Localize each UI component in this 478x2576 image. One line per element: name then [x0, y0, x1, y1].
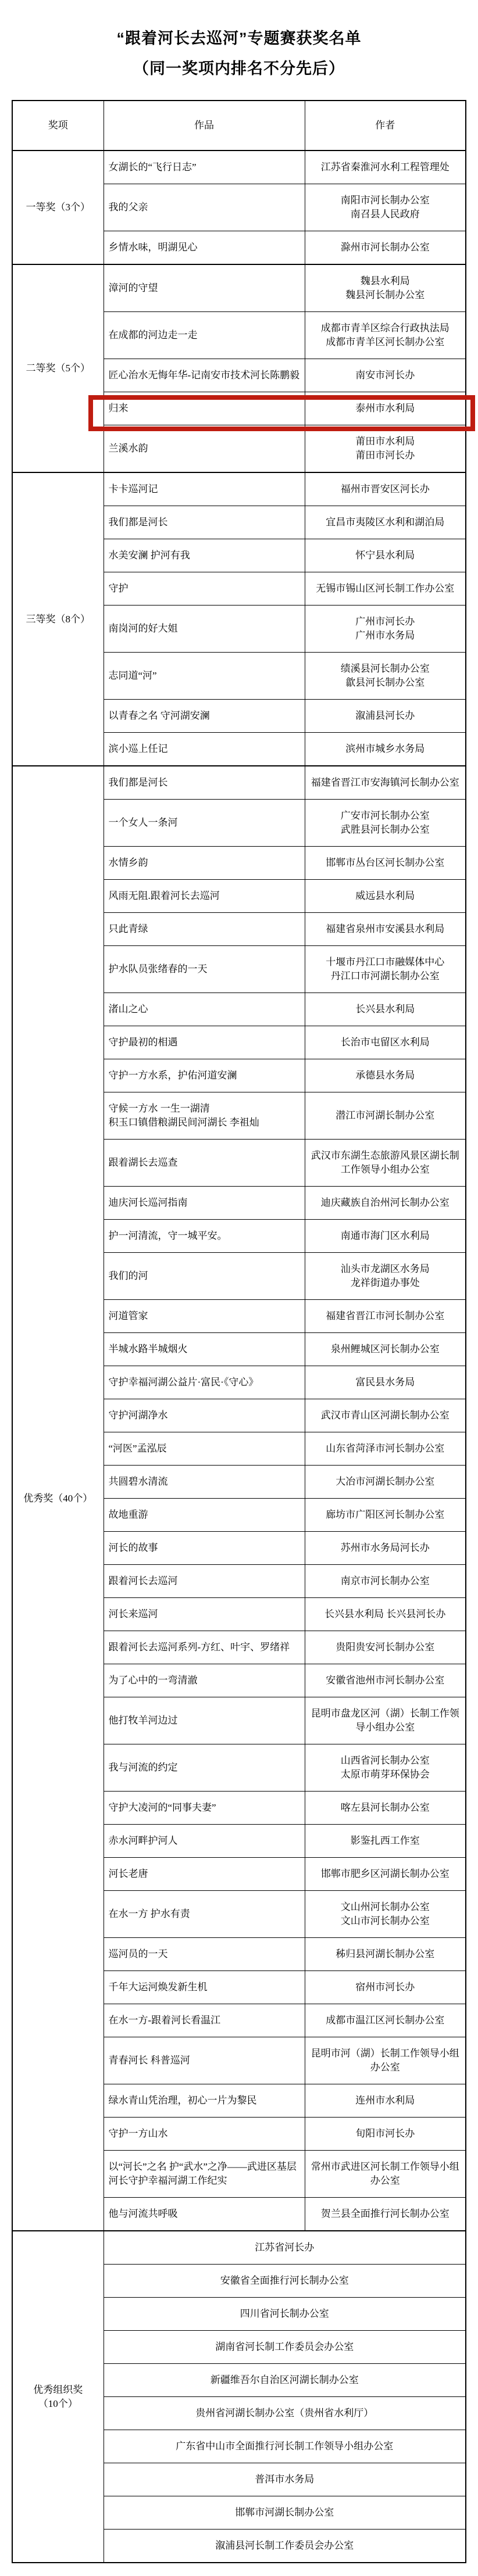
work-cell: 跟着河长去巡河: [104, 1565, 305, 1598]
author-cell: 宜昌市夷陵区水利和湖泊局: [305, 506, 466, 539]
author-cell: 贺兰县全面推行河长制办公室: [305, 2198, 466, 2231]
author-cell: 福建省晋江市河长制办公室: [305, 1300, 466, 1333]
work-cell: 女湖长的“飞行日志”: [104, 151, 305, 184]
work-cell: 在水一方-跟着河长看温江: [104, 2004, 305, 2037]
work-cell: 匠心治水无悔年华-记南安市技术河长陈鹏毅: [104, 359, 305, 392]
award-cell: 三等奖（8个）: [12, 472, 104, 766]
organization-cell: 安徽省全面推行河长制办公室: [104, 2265, 466, 2298]
award-cell: 优秀奖（40个）: [12, 766, 104, 2231]
author-cell: 安徽省池州市河长制办公室: [305, 1664, 466, 1697]
author-cell: 绩溪县河长制办公室歙县河长制办公室: [305, 653, 466, 700]
organization-cell: 江苏省河长办: [104, 2231, 466, 2265]
work-cell: 护一河清流，守一城平安。: [104, 1220, 305, 1253]
author-cell: 贵阳贵安河长制办公室: [305, 1631, 466, 1664]
awards-table: 奖项 作品 作者 一等奖（3个）女湖长的“飞行日志”江苏省秦淮河水利工程管理处我…: [12, 100, 466, 2563]
work-cell: 巡河员的一天: [104, 1938, 305, 1971]
work-cell: 我们都是河长: [104, 506, 305, 539]
author-cell: 福建省晋江市安海镇河长制办公室: [305, 766, 466, 800]
author-cell: 山东省菏泽市河长制办公室: [305, 1432, 466, 1466]
table-row: 三等奖（8个）卡卡巡河记福州市晋安区河长办: [12, 472, 466, 506]
work-cell: 滨小巡上任记: [104, 733, 305, 766]
author-cell: 怀宁县水利局: [305, 539, 466, 572]
author-cell: 秭归县河湖长制办公室: [305, 1938, 466, 1971]
author-cell: 长兴县水利局: [305, 993, 466, 1026]
organization-cell: 四川省河长制办公室: [104, 2298, 466, 2331]
author-cell: 承德县水务局: [305, 1059, 466, 1092]
header-row: 奖项 作品 作者: [12, 101, 466, 151]
author-cell: 魏县水利局魏县河长制办公室: [305, 264, 466, 312]
work-cell: 河长的故事: [104, 1532, 305, 1565]
work-cell: 迪庆河长巡河指南: [104, 1187, 305, 1220]
award-cell: 二等奖（5个）: [12, 264, 104, 472]
work-cell: 以青春之名 守河湖安澜: [104, 700, 305, 733]
author-cell: 文山州河长制办公室文山市河长制办公室: [305, 1891, 466, 1938]
table-row: 二等奖（5个）漳河的守望魏县水利局魏县河长制办公室: [12, 264, 466, 312]
author-cell: 影鉴扎西工作室: [305, 1825, 466, 1858]
author-cell: 苏州市水务局河长办: [305, 1532, 466, 1565]
work-cell: 河长来巡河: [104, 1598, 305, 1631]
author-cell: 无锡市锡山区河长制工作办公室: [305, 572, 466, 606]
author-cell: 长兴县水利局 长兴县河长办: [305, 1598, 466, 1631]
author-cell: 溆浦县河长办: [305, 700, 466, 733]
author-cell: 大冶市河湖长制办公室: [305, 1466, 466, 1499]
work-cell: 青春河长 科普巡河: [104, 2037, 305, 2084]
author-cell: 富民县水务局: [305, 1366, 466, 1399]
awards-table-body: 一等奖（3个）女湖长的“飞行日志”江苏省秦淮河水利工程管理处我的父亲南阳市河长制…: [12, 151, 466, 2563]
work-cell: 他与河流共呼吸: [104, 2198, 305, 2231]
work-cell: 乡情水味，明湖见心: [104, 231, 305, 265]
organization-cell: 溆浦县河长制工作委员会办公室: [104, 2530, 466, 2563]
author-cell: 广州市河长办广州市水务局: [305, 606, 466, 653]
work-cell: 跟着湖长去巡查: [104, 1140, 305, 1187]
author-cell: 邯郸市丛台区河长制办公室: [305, 847, 466, 880]
work-cell: 千年大运河焕发新生机: [104, 1971, 305, 2004]
author-cell: 武汉市青山区河湖长制办公室: [305, 1399, 466, 1432]
author-cell: 武汉市东湖生态旅游风景区湖长制工作领导小组办公室: [305, 1140, 466, 1187]
author-cell: 旬阳市河长办: [305, 2118, 466, 2151]
author-cell: 江苏省秦淮河水利工程管理处: [305, 151, 466, 184]
work-cell: 渚山之心: [104, 993, 305, 1026]
work-cell: 守护大凌河的“同事夫妻”: [104, 1792, 305, 1825]
work-cell: 卡卡巡河记: [104, 472, 305, 506]
work-cell: 守护一方水系，护佑河道安澜: [104, 1059, 305, 1092]
organization-cell: 贵州省河湖长制办公室（贵州省水利厅）: [104, 2397, 466, 2430]
author-cell: 南京市河长制办公室: [305, 1565, 466, 1598]
work-cell: 半城水路半城烟火: [104, 1333, 305, 1366]
table-row: 优秀组织奖 （10个）江苏省河长办: [12, 2231, 466, 2265]
author-cell: 福州市晋安区河长办: [305, 472, 466, 506]
work-cell: 只此青绿: [104, 913, 305, 946]
organization-cell: 广东省中山市全面推行河长制工作领导小组办公室: [104, 2430, 466, 2463]
author-cell: 昆明市河（湖）长制工作领导小组办公室: [305, 2037, 466, 2084]
work-cell: 归来: [104, 392, 305, 425]
work-cell: 一个女人一条河: [104, 800, 305, 847]
work-cell: 河长老唐: [104, 1858, 305, 1891]
work-cell: 我与河流的约定: [104, 1744, 305, 1792]
work-cell: 守护一方山水: [104, 2118, 305, 2151]
work-cell: 守护幸福河湖公益片·富民·《守心》: [104, 1366, 305, 1399]
work-cell: 他打牧羊河边过: [104, 1697, 305, 1744]
author-cell: 廊坊市广阳区河长制办公室: [305, 1499, 466, 1532]
author-cell: 威远县水利局: [305, 880, 466, 913]
work-cell: 赤水河畔护河人: [104, 1825, 305, 1858]
work-cell: 故地重游: [104, 1499, 305, 1532]
work-cell: 守护最初的相遇: [104, 1026, 305, 1059]
work-cell: 为了心中的一弯清澈: [104, 1664, 305, 1697]
award-cell: 一等奖（3个）: [12, 151, 104, 264]
work-cell: 志同道“河”: [104, 653, 305, 700]
work-cell: 在水一方 护水有责: [104, 1891, 305, 1938]
work-cell: 绿水青山凭治理，初心一片为黎民: [104, 2084, 305, 2118]
author-cell: 泰州市水利局: [305, 392, 466, 425]
author-cell: 连州市水利局: [305, 2084, 466, 2118]
work-cell: 南岗河的好大姐: [104, 606, 305, 653]
work-cell: “河医”孟泓辰: [104, 1432, 305, 1466]
author-cell: 滁州市河长制办公室: [305, 231, 466, 265]
work-cell: 水美安澜 护河有我: [104, 539, 305, 572]
author-cell: 昆明市盘龙区河（湖）长制工作领导小组办公室: [305, 1697, 466, 1744]
work-cell: 兰溪水韵: [104, 425, 305, 473]
author-cell: 喀左县河长制办公室: [305, 1792, 466, 1825]
author-cell: 莆田市水利局莆田市河长办: [305, 425, 466, 473]
page-title-line1: “跟着河长去巡河”专题赛获奖名单: [0, 23, 478, 53]
page-title: “跟着河长去巡河”专题赛获奖名单 （同一奖项内排名不分先后）: [0, 0, 478, 84]
award-cell: 优秀组织奖 （10个）: [12, 2231, 104, 2563]
author-cell: 南安市河长办: [305, 359, 466, 392]
page-title-line2: （同一奖项内排名不分先后）: [0, 53, 478, 84]
author-cell: 成都市温江区河长制办公室: [305, 2004, 466, 2037]
author-cell: 成都市青羊区综合行政执法局成都市青羊区河长制办公室: [305, 312, 466, 359]
work-cell: 护水队员张绪春的一天: [104, 946, 305, 993]
work-cell: 风雨无阻.跟着河长去巡河: [104, 880, 305, 913]
author-cell: 长治市屯留区水利局: [305, 1026, 466, 1059]
organization-cell: 湖南省河长制工作委员会办公室: [104, 2331, 466, 2364]
work-cell: 守护: [104, 572, 305, 606]
work-cell: 跟着河长去巡河系列-方红、叶宇、罗绪祥: [104, 1631, 305, 1664]
work-cell: 我们的河: [104, 1253, 305, 1300]
author-cell: 滨州市城乡水务局: [305, 733, 466, 766]
work-cell: 水情乡韵: [104, 847, 305, 880]
organization-cell: 新疆维吾尔自治区河湖长制办公室: [104, 2364, 466, 2397]
header-award: 奖项: [12, 101, 104, 151]
author-cell: 泉州鲤城区河长制办公室: [305, 1333, 466, 1366]
work-cell: 守护河湖净水: [104, 1399, 305, 1432]
work-cell: 河道管家: [104, 1300, 305, 1333]
author-cell: 福建省泉州市安溪县水利局: [305, 913, 466, 946]
author-cell: 南通市海门区水利局: [305, 1220, 466, 1253]
author-cell: 汕头市龙湖区水务局龙祥街道办事处: [305, 1253, 466, 1300]
author-cell: 南阳市河长制办公室南召县人民政府: [305, 184, 466, 231]
author-cell: 邯郸市肥乡区河湖长制办公室: [305, 1858, 466, 1891]
header-author: 作者: [305, 101, 466, 151]
work-cell: 漳河的守望: [104, 264, 305, 312]
author-cell: 潜江市河湖长制办公室: [305, 1092, 466, 1140]
author-cell: 常州市武进区河长制工作领导小组办公室: [305, 2151, 466, 2198]
work-cell: 在成都的河边走一走: [104, 312, 305, 359]
work-cell: 守候一方水 一生一湖清积玉口镇借粮湖民间河湖长 李祖灿: [104, 1092, 305, 1140]
work-cell: 我的父亲: [104, 184, 305, 231]
author-cell: 宿州市河长办: [305, 1971, 466, 2004]
table-row: 一等奖（3个）女湖长的“飞行日志”江苏省秦淮河水利工程管理处: [12, 151, 466, 184]
organization-cell: 普洱市水务局: [104, 2463, 466, 2496]
table-row: 优秀奖（40个）我们都是河长福建省晋江市安海镇河长制办公室: [12, 766, 466, 800]
work-cell: 我们都是河长: [104, 766, 305, 800]
author-cell: 山西省河长制办公室太原市萌芽环保协会: [305, 1744, 466, 1792]
header-work: 作品: [104, 101, 305, 151]
organization-cell: 邯郸市河湖长制办公室: [104, 2496, 466, 2530]
work-cell: 以“河长”之名 护“武水”之净——武进区基层河长守护幸福河湖工作纪实: [104, 2151, 305, 2198]
work-cell: 共圆碧水清流: [104, 1466, 305, 1499]
author-cell: 广安市河长制办公室武胜县河长制办公室: [305, 800, 466, 847]
author-cell: 十堰市丹江口市融媒体中心丹江口市河湖长制办公室: [305, 946, 466, 993]
author-cell: 迪庆藏族自治州河长制办公室: [305, 1187, 466, 1220]
